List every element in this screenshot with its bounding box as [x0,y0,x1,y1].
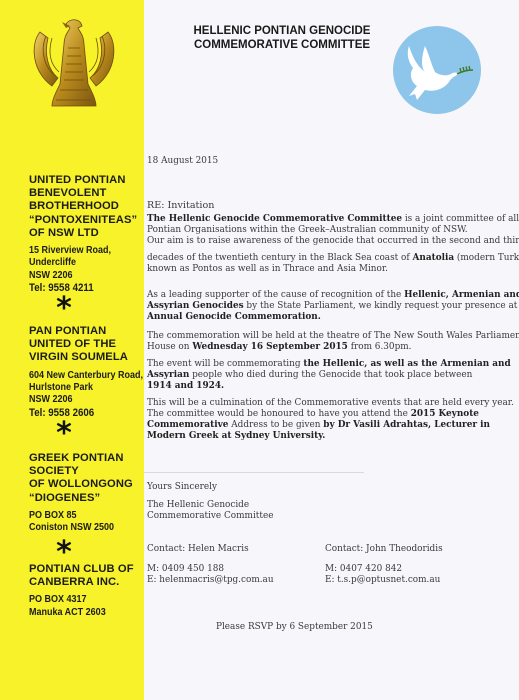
org-name-line: VIRGIN SOUMELA [29,351,141,364]
org-address-line: 15 Riverview Road, [29,245,130,257]
org-address-line: NSW 2206 [29,394,130,406]
letter-date: 18 August 2015 [147,156,218,167]
org-name-line: CANBERRA INC. [29,576,141,589]
bold-text: 1914 and 1924. [147,381,224,391]
org-name-line: OF WOLLONGONG [29,478,141,491]
signature-line: Commemorative Committee [147,511,273,521]
text: The event will be commemorating [147,359,303,369]
contact-email-link[interactable]: E: helenmacris@tpg.com.au [147,575,274,585]
yellow-sidebar: UNITED PONTIAN BENEVOLENT BROTHERHOOD “P… [0,0,144,700]
bold-text: Assyrian Genocides [147,301,244,311]
org-address-line: PO BOX 85 [29,510,130,522]
text: The commemoration will be held at the th… [147,331,519,341]
contact-john-label: Contact: John Theodoridis [325,544,443,555]
text: is a joint committee of all [402,214,519,224]
bold-text: The Hellenic Genocide Commemorative Comm… [147,214,402,224]
closing-salutation: Yours Sincerely [147,482,217,493]
paragraph-introduction-cont: decades of the twentieth century in the … [147,253,519,275]
paragraph-venue: The commemoration will be held at the th… [147,331,519,353]
org-address-line: NSW 2206 [29,270,130,282]
org-diogenes: GREEK PONTIAN SOCIETY OF WOLLONGONG “DIO… [29,452,141,535]
org-name-line: PONTIAN CLUB OF [29,563,141,576]
org-name-line: “DIOGENES” [29,492,141,505]
org-telephone: Tel: 9558 4211 [29,282,130,294]
signature-line: The Hellenic Genocide [147,500,249,510]
org-name-line: BROTHERHOOD [29,200,141,213]
bold-text: Modern Greek at Sydney University. [147,431,325,441]
bold-text: Annual Genocide Commemoration. [147,312,321,322]
asterisk-separator-icon: * [52,424,76,444]
golden-eagle-icon [26,14,122,118]
paragraph-request: As a leading supporter of the cause of r… [147,290,519,323]
org-address-line: Undercliffe [29,257,130,269]
text: Our aim is to raise awareness of the gen… [147,236,519,246]
org-name-line: PAN PONTIAN [29,325,141,338]
bold-text: 2015 Keynote [411,409,479,419]
contact-mobile: M: 0407 420 842 [325,564,402,574]
org-name-line: SOCIETY [29,465,141,478]
contact-email-link[interactable]: E: t.s.p@optusnet.com.au [325,575,440,585]
org-name-line: UNITED OF THE [29,338,141,351]
signature-block: The Hellenic Genocide Commemorative Comm… [147,500,273,522]
org-address-line: Hurlstone Park [29,382,130,394]
contact-john-details: M: 0407 420 842 E: t.s.p@optusnet.com.au [325,564,440,586]
text: (modern Turkey) [454,253,519,263]
text: This will be a culmination of the Commem… [147,398,514,408]
contact-mobile: M: 0409 450 188 [147,564,224,574]
paragraph-keynote: This will be a culmination of the Commem… [147,398,514,442]
org-canberra-club: PONTIAN CLUB OF CANBERRA INC. PO BOX 431… [29,563,141,619]
org-address-line: Coniston NSW 2500 [29,522,130,534]
bold-text: Commemorative [147,420,228,430]
bold-text: by Dr Vasili Adrahtas, Lecturer in [323,420,490,430]
bold-text: Wednesday 16 September 2015 [192,342,348,352]
asterisk-separator-icon: * [52,299,76,319]
text: people who died during the Genocide that… [189,370,472,380]
org-name-line: OF NSW LTD [29,227,141,240]
letter-subject: RE: Invitation [147,200,214,211]
committee-title-line: HELLENIC PONTIAN GENOCIDE [182,24,382,38]
org-address-line: Manuka ACT 2603 [29,607,130,619]
org-virgin-soumela: PAN PONTIAN UNITED OF THE VIRGIN SOUMELA… [29,325,141,419]
text: As a leading supporter of the cause of r… [147,290,404,300]
contact-helen-details: M: 0409 450 188 E: helenmacris@tpg.com.a… [147,564,274,586]
asterisk-separator-icon: * [52,543,76,563]
org-address-line: 604 New Canterbury Road, [29,370,130,382]
org-pontoxeniteas: UNITED PONTIAN BENEVOLENT BROTHERHOOD “P… [29,174,141,295]
org-name-line: GREEK PONTIAN [29,452,141,465]
org-telephone: Tel: 9558 2606 [29,407,130,419]
text: by the State Parliament, we kindly reque… [244,301,519,311]
contact-helen-label: Contact: Helen Macris [147,544,249,555]
text: from 6.30pm. [348,342,412,352]
org-address-line: PO BOX 4317 [29,594,130,606]
rsvp-notice: Please RSVP by 6 September 2015 [216,622,373,633]
bold-text: Assyrian [147,370,189,380]
text: The committee would be honoured to have … [147,409,411,419]
text: House on [147,342,192,352]
bold-text: the Hellenic, as well as the Armenian an… [303,359,510,369]
committee-title: HELLENIC PONTIAN GENOCIDE COMMEMORATIVE … [182,24,382,52]
org-name-line: UNITED PONTIAN [29,174,141,187]
committee-title-line: COMMEMORATIVE COMMITTEE [182,38,382,52]
bold-text: Anatolia [413,253,455,263]
text: Pontian Organisations within the Greek–A… [147,225,468,235]
text: decades of the twentieth century in the … [147,253,413,263]
org-name-line: BENEVOLENT [29,187,141,200]
org-name-line: “PONTOXENITEAS” [29,214,141,227]
text: Address to be given [228,420,323,430]
paragraph-introduction: The Hellenic Genocide Commemorative Comm… [147,214,519,247]
paragraph-event: The event will be commemorating the Hell… [147,359,511,392]
bold-text: Hellenic, Armenian and [404,290,519,300]
peace-dove-icon [391,24,483,116]
text: known as Pontos as well as in Thrace and… [147,264,388,274]
paper-fold-line [144,472,364,473]
